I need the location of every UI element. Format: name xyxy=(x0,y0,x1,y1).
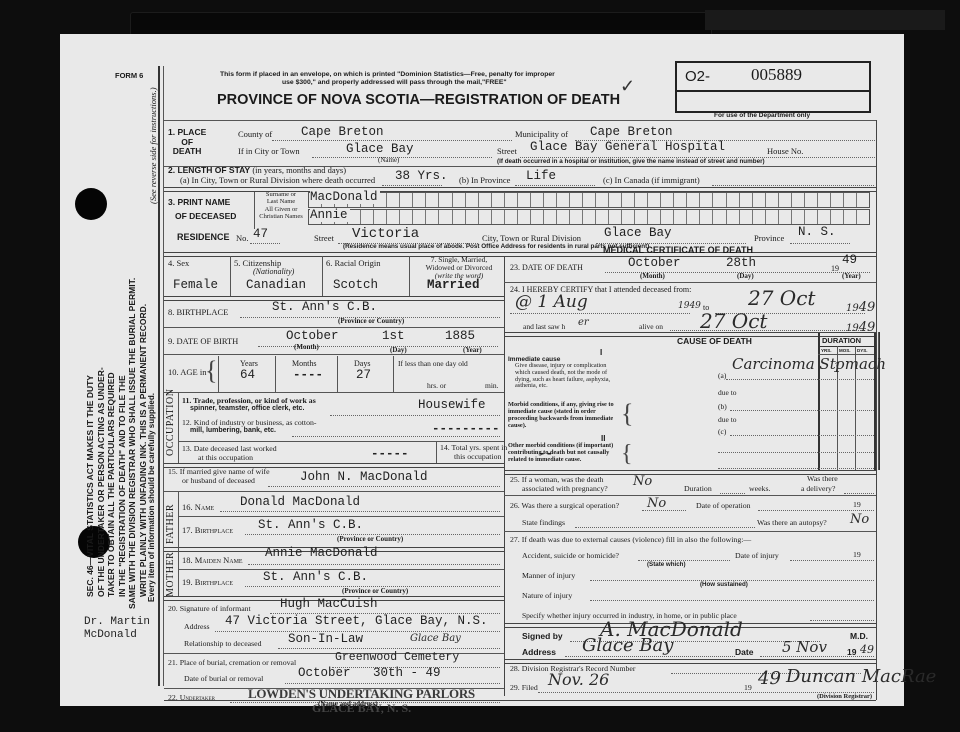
place-of-death-label: 1. PLACEOFDEATH xyxy=(168,128,206,157)
residence-no-line xyxy=(250,243,280,244)
signature-year[interactable]: 49 xyxy=(860,643,874,656)
attended-from[interactable]: @ 1 Aug xyxy=(515,292,588,312)
age-years-label: Years xyxy=(240,359,258,368)
mother-birthplace-label: 19. Birthplace xyxy=(182,577,233,587)
alive-on-line xyxy=(670,330,865,331)
side-legal-notice: SEC. 46—VITAL STATISTICS ACT MAKES IT TH… xyxy=(85,278,148,609)
rule-top xyxy=(164,120,876,121)
op-date-line xyxy=(758,510,874,511)
sex-value[interactable]: Female xyxy=(173,278,218,292)
autopsy-label: Was there an autopsy? xyxy=(757,518,827,527)
date-of-death-month[interactable]: October xyxy=(628,256,681,270)
residence-street-label: Street xyxy=(314,233,334,243)
age-years-value[interactable]: 64 xyxy=(240,368,255,382)
rule-r1 xyxy=(504,282,876,283)
autopsy-answer[interactable]: No xyxy=(850,512,869,527)
department-note: For use of the Department only xyxy=(714,112,810,119)
signature-date-label: Date xyxy=(735,647,753,657)
rule-7 xyxy=(164,354,504,355)
racial-divider xyxy=(409,256,410,296)
stay-city-label: (a) In City, Town or Rural Division wher… xyxy=(180,175,375,185)
city-value[interactable]: Glace Bay xyxy=(346,142,414,156)
rule-4 xyxy=(164,252,876,257)
q25-label-2: associated with pregnancy? xyxy=(522,484,608,493)
rule-11 xyxy=(164,491,504,492)
age-months-value[interactable]: ---- xyxy=(293,368,323,382)
accident-label: Accident, suicide or homicide? xyxy=(522,551,619,560)
given-names-grid xyxy=(308,209,870,225)
house-no-label: House No. xyxy=(767,146,803,156)
medical-heading: MEDICAL CERTIFICATE OF DEATH xyxy=(603,245,753,255)
left-margin-rule xyxy=(158,66,160,686)
stay-city-value[interactable]: 38 Yrs. xyxy=(395,169,448,183)
md-label: M.D. xyxy=(850,631,868,641)
occupation-side-divider xyxy=(178,392,179,464)
father-birthplace-caption: (Province or Country) xyxy=(337,535,403,543)
rule-8 xyxy=(164,392,504,393)
scan-shadow-top-right xyxy=(705,10,945,30)
print-name-label-1: 3. PRINT NAME xyxy=(168,195,236,209)
age-brace: { xyxy=(205,356,217,386)
postal-notice-line-1: This form if placed in an envelope, on w… xyxy=(220,71,555,78)
spouse-name[interactable]: John N. MacDonald xyxy=(300,470,428,484)
side-footer-note: Every item of information should be care… xyxy=(147,393,156,602)
death-registration-form: FORM 6 SEC. 46—VITAL STATISTICS ACT MAKE… xyxy=(60,34,904,706)
rule-6 xyxy=(164,327,504,328)
signature-date-line xyxy=(760,656,874,657)
print-name-label-2: OF DECEASED xyxy=(168,209,236,223)
rule-r4 xyxy=(504,495,876,496)
registrar-signature[interactable]: Duncan MacRae xyxy=(786,666,936,687)
citizenship-sub: (Nationality) xyxy=(253,267,294,276)
duration-header-rule xyxy=(818,346,874,347)
residence-number[interactable]: 47 xyxy=(253,227,268,241)
residence-city-label: City, Town or Rural Division xyxy=(482,233,581,243)
morbid-conditions-label: Morbid conditions, if any, giving rise t… xyxy=(508,401,618,429)
cause-c-prefix: (c) xyxy=(718,427,726,436)
mother-birthplace[interactable]: St. Ann's C.B. xyxy=(263,570,368,584)
relationship-value[interactable]: Son-In-Law xyxy=(288,632,363,646)
mother-birthplace-caption: (Province or Country) xyxy=(342,587,408,595)
informant-address-label: Address xyxy=(184,622,210,631)
registration-number: 005889 xyxy=(751,65,802,85)
signature-address-line xyxy=(565,656,735,657)
how-sustained-caption: (How sustained) xyxy=(700,581,748,588)
municipality-value[interactable]: Cape Breton xyxy=(590,125,673,139)
surname-value[interactable]: MacDonald xyxy=(310,190,380,204)
manner-label: Manner of injury xyxy=(522,571,575,580)
dob-year-caption: (Year) xyxy=(463,346,482,354)
father-name[interactable]: Donald MacDonald xyxy=(240,495,360,509)
age-years-divider xyxy=(275,356,276,392)
dob-day-caption: (Day) xyxy=(390,346,407,354)
county-value[interactable]: Cape Breton xyxy=(301,125,384,139)
occupation-13-14-divider xyxy=(436,441,437,464)
other-line-1 xyxy=(718,452,874,453)
length-of-stay-note: (in years, months and days) xyxy=(252,165,346,175)
section-I-marker: I xyxy=(600,348,602,357)
date-of-death-label: 23. DATE OF DEATH xyxy=(510,263,583,272)
occupation-side-label: OCCUPATION xyxy=(165,389,176,456)
from-year-handwritten: 1949 xyxy=(678,301,701,311)
page-title: PROVINCE OF NOVA SCOTIA—REGISTRATION OF … xyxy=(217,92,620,108)
to-year-handwritten: 1949 xyxy=(846,300,875,315)
street-label: Street xyxy=(497,146,517,156)
marital-label: 7. Single, Married, Widowed or Divorced … xyxy=(416,256,502,280)
dod-month-caption: (Month) xyxy=(640,272,665,280)
industry-label-2: mill, lumbering, bank, etc. xyxy=(190,427,276,434)
side-instructions: (See reverse side for instructions.) xyxy=(148,87,158,204)
findings-line xyxy=(575,527,755,528)
to-year-suffix: 49 xyxy=(859,300,876,315)
mother-name-label: 18. Maiden Name xyxy=(182,555,243,565)
injury-year-prefix: 19 xyxy=(853,550,861,559)
birthplace-value[interactable]: St. Ann's C.B. xyxy=(272,300,377,314)
last-saw-label: and last saw h xyxy=(523,322,565,331)
cause-c-line xyxy=(730,435,874,436)
burial-place-label: 21. Place of burial, cremation or remova… xyxy=(168,658,296,667)
residence-label: RESIDENCE xyxy=(177,232,230,242)
residence-street[interactable]: Victoria xyxy=(352,226,419,242)
punch-hole-top xyxy=(75,188,107,220)
rule-9 xyxy=(178,441,504,442)
relationship-line xyxy=(278,648,500,649)
industry-label-1: 12. Kind of industry or business, as cot… xyxy=(182,418,317,427)
burial-date[interactable]: October 30th - 49 xyxy=(298,666,441,680)
duration-col-dys: DYS. xyxy=(857,348,868,353)
min-label: min. xyxy=(485,381,499,390)
q26-label: 26. Was there a surgical operation? xyxy=(510,501,619,510)
mother-name-line xyxy=(248,564,500,565)
cause-a-line xyxy=(726,379,874,380)
signed-by-label: Signed by xyxy=(522,631,563,641)
age-months-label: Months xyxy=(292,359,316,368)
hrs-label: hrs. or xyxy=(427,381,446,390)
industry-line xyxy=(292,436,500,437)
informant-signature-label: 20. Signature of informant xyxy=(168,604,251,613)
dob-month[interactable]: October xyxy=(286,329,339,343)
total-years-label-2: this occupation xyxy=(454,452,501,461)
trade-value[interactable]: Housewife xyxy=(418,398,486,412)
filed-date[interactable]: Nov. 26 xyxy=(548,670,609,689)
city-line xyxy=(312,157,492,158)
scan-shadow-top xyxy=(130,12,712,36)
registrar-caption: (Division Registrar) xyxy=(817,693,872,700)
side-notice-line-2: OF THE UNDERTAKER OR PERSON ACTING AS UN… xyxy=(96,278,107,609)
given-names-value[interactable]: Annie xyxy=(310,208,350,222)
cause-of-death-heading: CAUSE OF DEATH xyxy=(677,336,752,346)
duration-col-yrs: YRS. xyxy=(821,348,832,353)
filed-year[interactable]: 49 xyxy=(758,668,781,689)
attended-from-line xyxy=(510,313,690,314)
right-border xyxy=(876,120,877,700)
filed-label: 29. Filed xyxy=(510,683,538,692)
racial-origin-value[interactable]: Scotch xyxy=(333,278,378,292)
print-name-label: 3. PRINT NAME OF DECEASED xyxy=(168,195,236,223)
q26-answer[interactable]: No xyxy=(647,496,666,511)
margin-note-line-2: McDonald xyxy=(84,629,137,641)
less-than-day-label: If less than one day old xyxy=(398,359,468,368)
county-line xyxy=(272,140,512,141)
registration-number-box: O2- 005889 xyxy=(675,61,871,113)
burial-place-annotation: Glace Bay xyxy=(410,633,461,644)
signature-date-value[interactable]: 5 Nov xyxy=(782,638,827,656)
delivery-label-1: Was there xyxy=(807,474,838,483)
last-worked-label-1: 13. Date deceased last worked xyxy=(182,444,277,453)
county-label: County of xyxy=(238,129,272,139)
rule-12 xyxy=(178,516,504,517)
side-notice-line-3: TAKER TO OBTAIN ALL THE PARTICULARS REQU… xyxy=(106,278,117,609)
citizenship-divider xyxy=(322,256,323,296)
trade-label-text: 11. Trade, profession, or kind of work a… xyxy=(182,396,316,405)
informant-signature[interactable]: Hugh MacCuish xyxy=(280,597,378,611)
trade-label-2: spinner, teamster, office clerk, etc. xyxy=(190,405,304,412)
mother-side-divider xyxy=(178,547,179,597)
spouse-label-2: or husband of deceased xyxy=(182,476,255,485)
sex-label: 4. Sex xyxy=(168,258,189,268)
immediate-cause-desc: Give disease, injury or complication whi… xyxy=(515,363,618,390)
state-which-caption: (State which) xyxy=(647,561,686,568)
mother-name[interactable]: Annie MacDonald xyxy=(265,546,378,560)
informant-address[interactable]: 47 Victoria Street, Glace Bay, N.S. xyxy=(225,614,488,628)
relationship-label: Relationship to deceased xyxy=(184,639,262,648)
father-side-label: FATHER xyxy=(165,504,176,544)
father-name-label: 16. Name xyxy=(182,502,214,512)
spouse-label-1: 15. If married give name of wife xyxy=(168,467,270,476)
left-margin-rule-2 xyxy=(163,66,164,686)
injury-date-label: Date of injury xyxy=(735,551,779,560)
father-birthplace-label: 17. Birthplace xyxy=(182,525,233,535)
city-label: If in City or Town xyxy=(238,146,300,156)
injury-date-line xyxy=(790,560,874,561)
other-conditions-label: Other morbid conditions (if important) c… xyxy=(508,442,618,463)
stay-province-line xyxy=(515,185,595,186)
q27-label: 27. If death was due to external causes … xyxy=(510,535,751,544)
residence-province[interactable]: N. S. xyxy=(798,225,836,239)
brace-other: { xyxy=(621,441,633,468)
burial-date-line xyxy=(285,683,500,684)
brace-morbid: { xyxy=(621,399,633,429)
citizenship-value[interactable]: Canadian xyxy=(246,278,306,292)
age-days-label: Days xyxy=(354,359,370,368)
stay-province-label: (b) In Province xyxy=(459,175,510,185)
burial-place[interactable]: Greenwood Cemetery xyxy=(335,651,459,664)
margin-note-line-1: Dr. Martin xyxy=(84,616,150,628)
residence-province-line xyxy=(790,243,850,244)
street-value[interactable]: Glace Bay General Hospital xyxy=(530,140,725,154)
burial-date-label: Date of burial or removal xyxy=(184,674,263,683)
name-divider xyxy=(254,192,255,229)
length-of-stay-heading: 2. LENGTH OF STAY (in years, months and … xyxy=(168,165,346,175)
findings-label: State findings xyxy=(522,518,565,527)
racial-origin-label: 6. Racial Origin xyxy=(326,258,381,268)
name-caption: (Name) xyxy=(378,156,399,164)
op-date-label: Date of operation xyxy=(696,501,751,510)
dob-day[interactable]: 1st xyxy=(382,329,405,343)
duration-col-border-left xyxy=(878,332,879,470)
marital-value[interactable]: Married xyxy=(427,278,480,292)
specify-line xyxy=(810,620,874,621)
duration-col-mos: MOS. xyxy=(839,348,851,353)
signature-address-label: Address xyxy=(522,647,556,657)
last-worked-label-2: at this occupation xyxy=(198,453,253,462)
filed-year-prefix: 19 xyxy=(744,683,752,692)
q25-weeks-label: weeks. xyxy=(749,484,770,493)
trade-line xyxy=(330,415,500,416)
signature-year-prefix: 19 xyxy=(847,647,856,657)
stay-canada-line xyxy=(712,185,874,186)
spouse-line xyxy=(268,486,500,487)
age-days-divider xyxy=(393,356,394,392)
age-days-value[interactable]: 27 xyxy=(356,368,371,382)
date-of-death-day[interactable]: 28th xyxy=(726,256,756,270)
bottom-rule xyxy=(164,700,876,701)
residence-province-label: Province xyxy=(754,233,784,243)
dod-day-caption: (Day) xyxy=(737,272,754,280)
father-birthplace[interactable]: St. Ann's C.B. xyxy=(258,518,363,532)
residence-city[interactable]: Glace Bay xyxy=(604,226,672,240)
side-notice-line-5: SAME WITH THE DIVISION REGISTRAR WHO SHA… xyxy=(127,278,138,609)
father-name-line xyxy=(220,511,500,512)
date-of-death-year[interactable]: 49 xyxy=(842,253,857,267)
stay-city-line xyxy=(382,185,442,186)
q25-duration-label: Duration xyxy=(684,484,712,493)
signature-address-value[interactable]: Glace Bay xyxy=(582,635,673,656)
q25-answer[interactable]: No xyxy=(633,474,652,489)
undertaker-caption: (Name and address) xyxy=(318,700,378,708)
last-saw-suffix: er xyxy=(578,317,589,328)
stay-canada-label: (c) In Canada (if immigrant) xyxy=(603,175,700,185)
postal-notice-line-2: use $300," and properly addressed will p… xyxy=(282,79,507,86)
delivery-label-2: a delivery? xyxy=(801,484,835,493)
sex-divider xyxy=(230,256,231,296)
duration-label: DURATION xyxy=(822,336,861,345)
industry-value[interactable]: --------- xyxy=(432,422,500,436)
q25-duration-line xyxy=(720,493,745,494)
mother-side-label: MOTHER xyxy=(165,552,176,597)
cause-b-prefix: (b) xyxy=(718,402,727,411)
attended-to[interactable]: 27 Oct xyxy=(748,286,815,310)
stay-province-value[interactable]: Life xyxy=(526,169,556,183)
side-notice-line-1: SEC. 46—VITAL STATISTICS ACT MAKES IT TH… xyxy=(85,278,96,609)
rule-r5 xyxy=(504,531,876,532)
dob-label: 9. DATE OF BIRTH xyxy=(168,336,238,346)
side-notice-line-4: IN THE "REGISTRATION OF DEATH" AND TO FI… xyxy=(117,278,128,609)
length-of-stay-label: 2. LENGTH OF STAY xyxy=(168,165,250,175)
trade-label-1: 11. Trade, profession, or kind of work a… xyxy=(182,396,316,405)
cause-b-line xyxy=(730,410,874,411)
form-number: FORM 6 xyxy=(115,71,143,80)
age-box-left xyxy=(218,356,219,392)
checkmark-icon: ✓ xyxy=(620,76,635,97)
dob-year[interactable]: 1885 xyxy=(445,329,475,343)
op-year-prefix: 19 xyxy=(853,500,861,509)
dod-century: 19 xyxy=(831,264,839,273)
q25-label-1: 25. If a woman, was the death xyxy=(510,475,604,484)
dob-month-caption: (Month) xyxy=(294,343,319,351)
nature-line xyxy=(590,600,874,601)
residence-no-label: No. xyxy=(236,233,249,243)
registration-box-divider xyxy=(677,90,869,92)
due-to-1: due to xyxy=(718,388,737,397)
delivery-line xyxy=(844,493,874,494)
center-divider xyxy=(504,256,505,696)
given-names-label: All Given orChristian Names xyxy=(256,207,306,220)
cause-a-value[interactable]: Carcinoma Stomach xyxy=(732,355,886,373)
age-months-divider xyxy=(337,356,338,392)
municipality-label: Municipality of xyxy=(515,129,568,139)
nature-label: Nature of injury xyxy=(522,591,572,600)
surname-label: Surname orLast Name xyxy=(256,192,306,205)
cause-a-duration-yrs[interactable]: 1 xyxy=(833,360,842,376)
alive-on-label: alive on xyxy=(639,322,663,331)
registration-prefix: O2- xyxy=(685,68,710,85)
age-label: 10. AGE in xyxy=(168,367,207,377)
dod-year-caption: (Year) xyxy=(842,272,861,280)
birthplace-caption: (Province or Country) xyxy=(338,317,404,325)
total-years-label-1: 14. Total yrs. spent in xyxy=(440,443,507,452)
other-line-2 xyxy=(718,468,874,469)
birthplace-label: 8. BIRTHPLACE xyxy=(168,307,228,317)
due-to-2: due to xyxy=(718,415,737,424)
last-worked-value[interactable]: ----- xyxy=(371,447,409,461)
surname-grid xyxy=(308,192,870,208)
hospital-note: (If death occurred in a hospital or inst… xyxy=(497,158,765,165)
father-side-divider xyxy=(178,491,179,551)
